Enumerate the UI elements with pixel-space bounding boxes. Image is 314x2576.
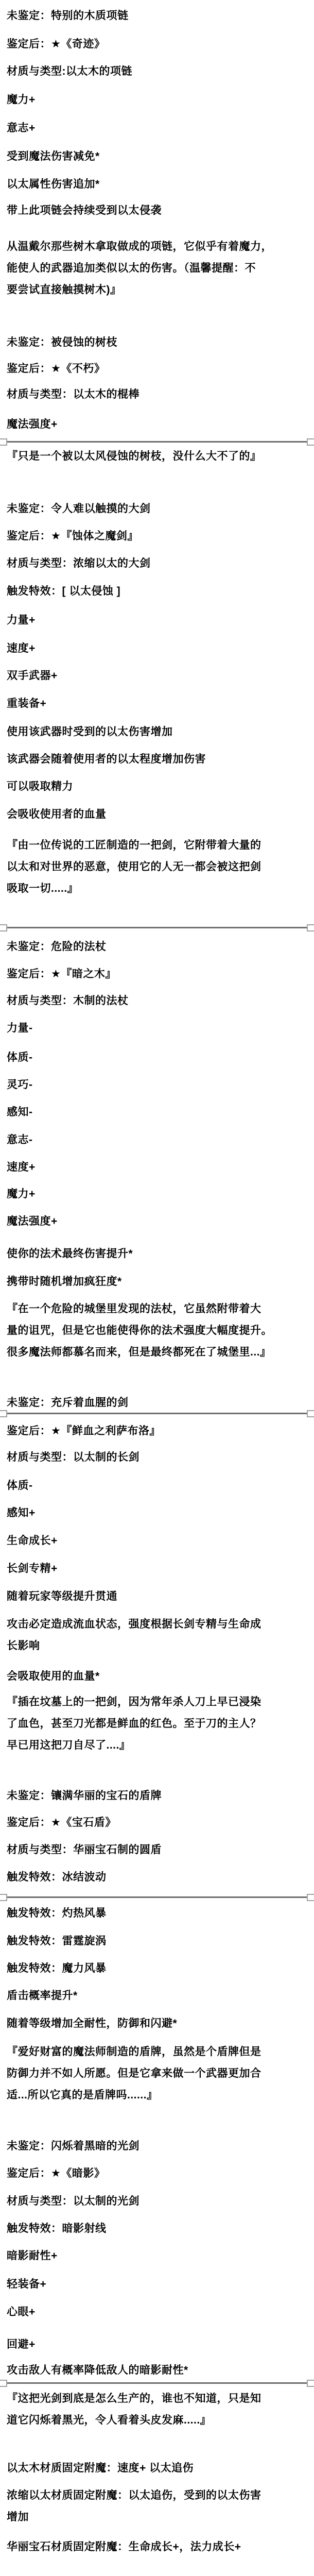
page-break-handle-right — [307, 1894, 314, 1901]
stat-line: 可以吸取精力 — [7, 779, 73, 793]
fixed-enchant-line: 华丽宝石材质固定附魔：生命成长+，法力成长+ — [7, 2540, 241, 2554]
flavor-text-line: 很多魔法师都慕名而来，但是最终都死在了城堡里...』 — [7, 1345, 271, 1359]
stat-line: 随着等级增加全耐性，防御和闪避* — [7, 2016, 177, 2030]
stat-line: 魔法强度+ — [7, 417, 58, 431]
flavor-text-line: 以太和对世界的恶意，使用它的人无一都会被这把剑 — [7, 860, 261, 874]
flavor-text-line: 『插在坟墓上的一把剑，因为常年杀人刀上早已浸染 — [7, 1695, 261, 1709]
stat-line: 魔力+ — [7, 93, 36, 107]
material-type-line: 材质与类型：以太制的长剑 — [7, 1450, 139, 1464]
flavor-text-line: 道它闪烁着黑光，令人看着头皮发麻.....』 — [7, 2413, 211, 2427]
stat-line: 双手武器+ — [7, 669, 58, 683]
stat-line: 带上此项链会持续受到以太侵袭 — [7, 204, 162, 217]
stat-line: 力量- — [7, 1021, 33, 1035]
flavor-text-line: 『只是一个被以太风侵蚀的树枝，没什么大不了的』 — [7, 449, 261, 463]
page-break-divider — [0, 2382, 314, 2384]
stat-line: 使你的法术最终伤害提升* — [7, 1247, 133, 1261]
material-type-line: 材质与类型：以太木的棍棒 — [7, 387, 139, 401]
stat-line: 魔法强度+ — [7, 1214, 58, 1228]
document-page: 未鉴定：特别的木质项链鉴定后：★《奇迹》材质与类型:以太木的项链魔力+意志+受到… — [0, 0, 314, 2576]
stat-line: 该武器会随着使用者的以太程度增加伤害 — [7, 752, 206, 766]
flavor-text-line: 从温戴尔那些树木拿取做成的项链，它似乎有着魔力， — [7, 240, 272, 253]
identified-name-line: 鉴定后：★《宝石盾》 — [7, 1816, 116, 1829]
stat-line: 灵巧- — [7, 1078, 33, 1092]
page-break-handle-right — [307, 438, 314, 446]
stat-line: 速度+ — [7, 641, 36, 655]
stat-line: 感知+ — [7, 1506, 36, 1520]
page-break-divider — [0, 1413, 314, 1414]
page-break-line — [0, 1413, 314, 1414]
flavor-text-line: 了血色，甚至刀光都是鲜血的红色。至于刀的主人？ — [7, 1717, 261, 1731]
page-break-handle-left — [0, 2380, 7, 2387]
material-type-line: 材质与类型：以太制的光剑 — [7, 2194, 139, 2208]
fixed-enchant-line: 浓缩以太材质固定附魔：以太追伤，受到的以太伤害 — [7, 2488, 261, 2502]
flavor-text-line: 『爱好财富的魔法师制造的盾牌，虽然是个盾牌但是 — [7, 2045, 261, 2059]
unidentified-name-line: 未鉴定：闪烁着黑暗的光剑 — [7, 2139, 139, 2153]
fixed-enchant-line: 增加 — [7, 2510, 29, 2524]
material-type-line: 材质与类型:以太木的项链 — [7, 64, 132, 78]
stat-line: 随着玩家等级提升贯通 — [7, 1589, 117, 1603]
identified-name-line: 鉴定后：★『鲜血之利萨布洛』 — [7, 1424, 161, 1438]
material-type-line: 材质与类型：华丽宝石制的圆盾 — [7, 1843, 162, 1857]
trigger-effect-line: 触发特效：冰结波动 — [7, 1870, 107, 1884]
flavor-text-line: 适...所以它真的是盾牌吗......』 — [7, 2088, 158, 2102]
trigger-effect-line: 触发特效：雷霆旋涡 — [7, 1934, 107, 1948]
page-break-line — [0, 2382, 314, 2384]
page-break-handle-right — [307, 1410, 314, 1417]
trigger-effect-line: 触发特效：[ 以太侵蚀 ] — [7, 584, 120, 598]
identified-name-line: 鉴定后：★『暗之木』 — [7, 967, 116, 981]
trigger-effect-line: 触发特效：灼热风暴 — [7, 1906, 107, 1920]
stat-line: 魔力+ — [7, 1187, 36, 1201]
stat-line: 心眼+ — [7, 2305, 36, 2319]
stat-line: 意志- — [7, 1133, 33, 1147]
flavor-text-line: 量的诅咒，但是它也能使得你的法术强度大幅度提升。 — [7, 1324, 272, 1337]
stat-line: 体质- — [7, 1479, 33, 1493]
identified-name-line: 鉴定后：★《不朽》 — [7, 362, 105, 376]
flavor-text-line: 『由一位传说的工匠制造的一把剑，它附带着大量的 — [7, 838, 261, 852]
stat-line: 速度+ — [7, 1160, 36, 1174]
stat-line: 长剑专精+ — [7, 1562, 58, 1575]
identified-name-line: 鉴定后：★《暗影》 — [7, 2166, 105, 2180]
flavor-text-line: 要尝试直接触摸树木)』 — [7, 283, 121, 297]
page-break-handle-right — [307, 2380, 314, 2387]
stat-line: 体质- — [7, 1050, 33, 1064]
stat-line: 受到魔法伤害减免* — [7, 149, 100, 163]
material-type-line: 材质与类型：浓缩以太的大剑 — [7, 556, 151, 570]
unidentified-name-line: 未鉴定：特别的木质项链 — [7, 9, 129, 23]
stat-line: 会吸取使用的血量* — [7, 1669, 100, 1683]
flavor-text-line: 防御力并不如人所愿。但是它拿来做一个武器更加合 — [7, 2066, 261, 2080]
stat-line: 以太属性伤害追加* — [7, 177, 100, 191]
page-break-divider — [0, 1896, 314, 1898]
stat-line: 回避+ — [7, 2337, 36, 2351]
page-break-handle-right — [307, 924, 314, 931]
material-type-line: 材质与类型：木制的法杖 — [7, 994, 129, 1008]
stat-line: 意志+ — [7, 121, 36, 135]
flavor-text-line: 能使人的武器追加类似以太的伤害。（温馨提醒：不 — [7, 261, 256, 275]
stat-line: 长影响 — [7, 1639, 40, 1653]
stat-line: 力量+ — [7, 613, 36, 627]
page-break-line — [0, 1896, 314, 1898]
stat-line: 使用该武器时受到的以太伤害增加 — [7, 725, 173, 739]
unidentified-name-line: 未鉴定：被侵蚀的树枝 — [7, 335, 117, 349]
stat-line: 攻击必定造成流血状态，强度根据长剑专精与生命成 — [7, 1617, 261, 1631]
identified-name-line: 鉴定后：★『蚀体之魔剑』 — [7, 529, 138, 543]
unidentified-name-line: 未鉴定：充斥着血腥的剑 — [7, 1396, 129, 1410]
flavor-text-line: 『这把光剑到底是怎么生产的，谁也不知道，只是知 — [7, 2392, 261, 2405]
stat-line: 携带时随机增加疯狂度* — [7, 1275, 122, 1289]
unidentified-name-line: 未鉴定：危险的法杖 — [7, 940, 107, 954]
stat-line: 重装备+ — [7, 697, 46, 710]
page-break-handle-left — [0, 1410, 7, 1417]
trigger-effect-line: 触发特效：暗影射线 — [7, 2222, 107, 2235]
stat-line: 盾击概率提升* — [7, 1989, 78, 2003]
page-break-handle-left — [0, 438, 7, 446]
unidentified-name-line: 未鉴定：镶满华丽的宝石的盾牌 — [7, 1789, 162, 1803]
flavor-text-line: 早已用这把刀自尽了....』 — [7, 1738, 130, 1752]
flavor-text-line: 吸取一切.....』 — [7, 882, 78, 895]
page-break-divider — [0, 441, 314, 443]
unidentified-name-line: 未鉴定：令人难以触摸的大剑 — [7, 502, 151, 516]
page-break-handle-left — [0, 924, 7, 931]
trigger-effect-line: 触发特效：魔力风暴 — [7, 1961, 107, 1975]
stat-line: 暗影耐性+ — [7, 2249, 58, 2263]
stat-line: 攻击敌人有概率降低敌人的暗影耐性* — [7, 2363, 188, 2377]
stat-line: 感知- — [7, 1105, 33, 1119]
page-break-divider — [0, 927, 314, 928]
fixed-enchant-line: 以太木材质固定附魔：速度+ 以太追伤 — [7, 2461, 194, 2475]
stat-line: 会吸收使用者的血量 — [7, 807, 107, 821]
flavor-text-line: 『在一个危险的城堡里发现的法杖，它虽然附带着大 — [7, 1302, 261, 1316]
page-break-line — [0, 927, 314, 928]
page-break-line — [0, 441, 314, 443]
stat-line: 轻装备+ — [7, 2277, 46, 2291]
identified-name-line: 鉴定后：★《奇迹》 — [7, 37, 105, 51]
stat-line: 生命成长+ — [7, 1534, 58, 1548]
page-break-handle-left — [0, 1894, 7, 1901]
